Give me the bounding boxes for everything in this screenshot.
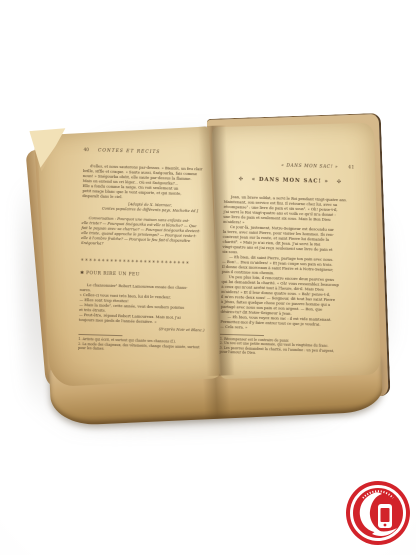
section-title-text: POUR RIRE UN PEU [86,272,140,278]
right-page-number: 41 [348,164,355,169]
right-page: « DANS MON SAC! » 41 ✣ « DANS MON SAC! »… [212,123,381,379]
left-footnotes: 1. Artiste qui écrit, et surtout qui cha… [78,334,122,351]
title-ornament-right-icon: ✣ [337,179,342,185]
section-marker-icon: ✱ [80,271,84,276]
right-running-head: « DANS MON SAC! » 41 [225,161,357,171]
story-ending-paragraph: d'elles, et nous sauterons par-dessus. »… [82,163,219,202]
left-running-head: 40 CONTES ET RÉCITS [84,147,220,157]
story-attribution: [Adapté de X. Marmier,Contes populaires … [82,201,218,214]
title-ornament-left-icon: ✣ [239,176,244,182]
section-title: ✱ POUR RIRE UN PEU [80,271,216,280]
right-running-head-title: « DANS MON SAC! » [281,163,338,170]
open-book: 40 CONTES ET RÉCITS d'elles, et nous sau… [31,110,388,430]
left-page-number: 40 [84,147,89,152]
chapter-title-text: « DANS MON SAC! » [252,177,329,185]
ornament-divider: ✳✳✳✳✳✳✳✳✳✳✳✳✳✳✳✳✳✳✳✳✳✳✳✳✳✳ [80,257,216,266]
logo-phone-screen [381,508,390,522]
chapter-title: ✣ « DANS MON SAC! » ✣ [224,176,356,186]
conversation-paragraph: Conversation : Pourquoi une maison sans … [81,215,218,249]
left-page-content: 40 CONTES ET RÉCITS d'elles, et nous sau… [78,147,220,354]
paragraph-1: Jean, un brave soldat, a servi le Roi pe… [223,194,356,228]
paragraph-5: — Eh bien, vous voyez mon sac : il est v… [220,314,352,333]
joke-source: (D'après Noir et Blanc.) [79,324,215,333]
right-footnotes: 1. Récompenser est le contraire de punir… [219,334,264,355]
paragraph-2: Ce jour-là, justement, Notre-Seigneur es… [222,224,355,258]
seller-logo-badge [344,477,412,549]
seller-logo-svg [344,477,412,549]
left-page: 40 CONTES ET RÉCITS d'elles, et nous sau… [37,126,222,387]
logo-phone-button [384,524,387,527]
photo-stage: 40 CONTES ET RÉCITS d'elles, et nous sau… [0,0,416,555]
right-page-content: « DANS MON SAC! » 41 ✣ « DANS MON SAC! »… [219,161,356,358]
left-running-head-title: CONTES ET RÉCITS [98,148,161,155]
paragraph-4: Un peu plus loin, il rencontre encore de… [221,274,354,318]
joke-paragraph: Le chansonnier¹ Robert Lamoureux essaie … [79,282,216,326]
